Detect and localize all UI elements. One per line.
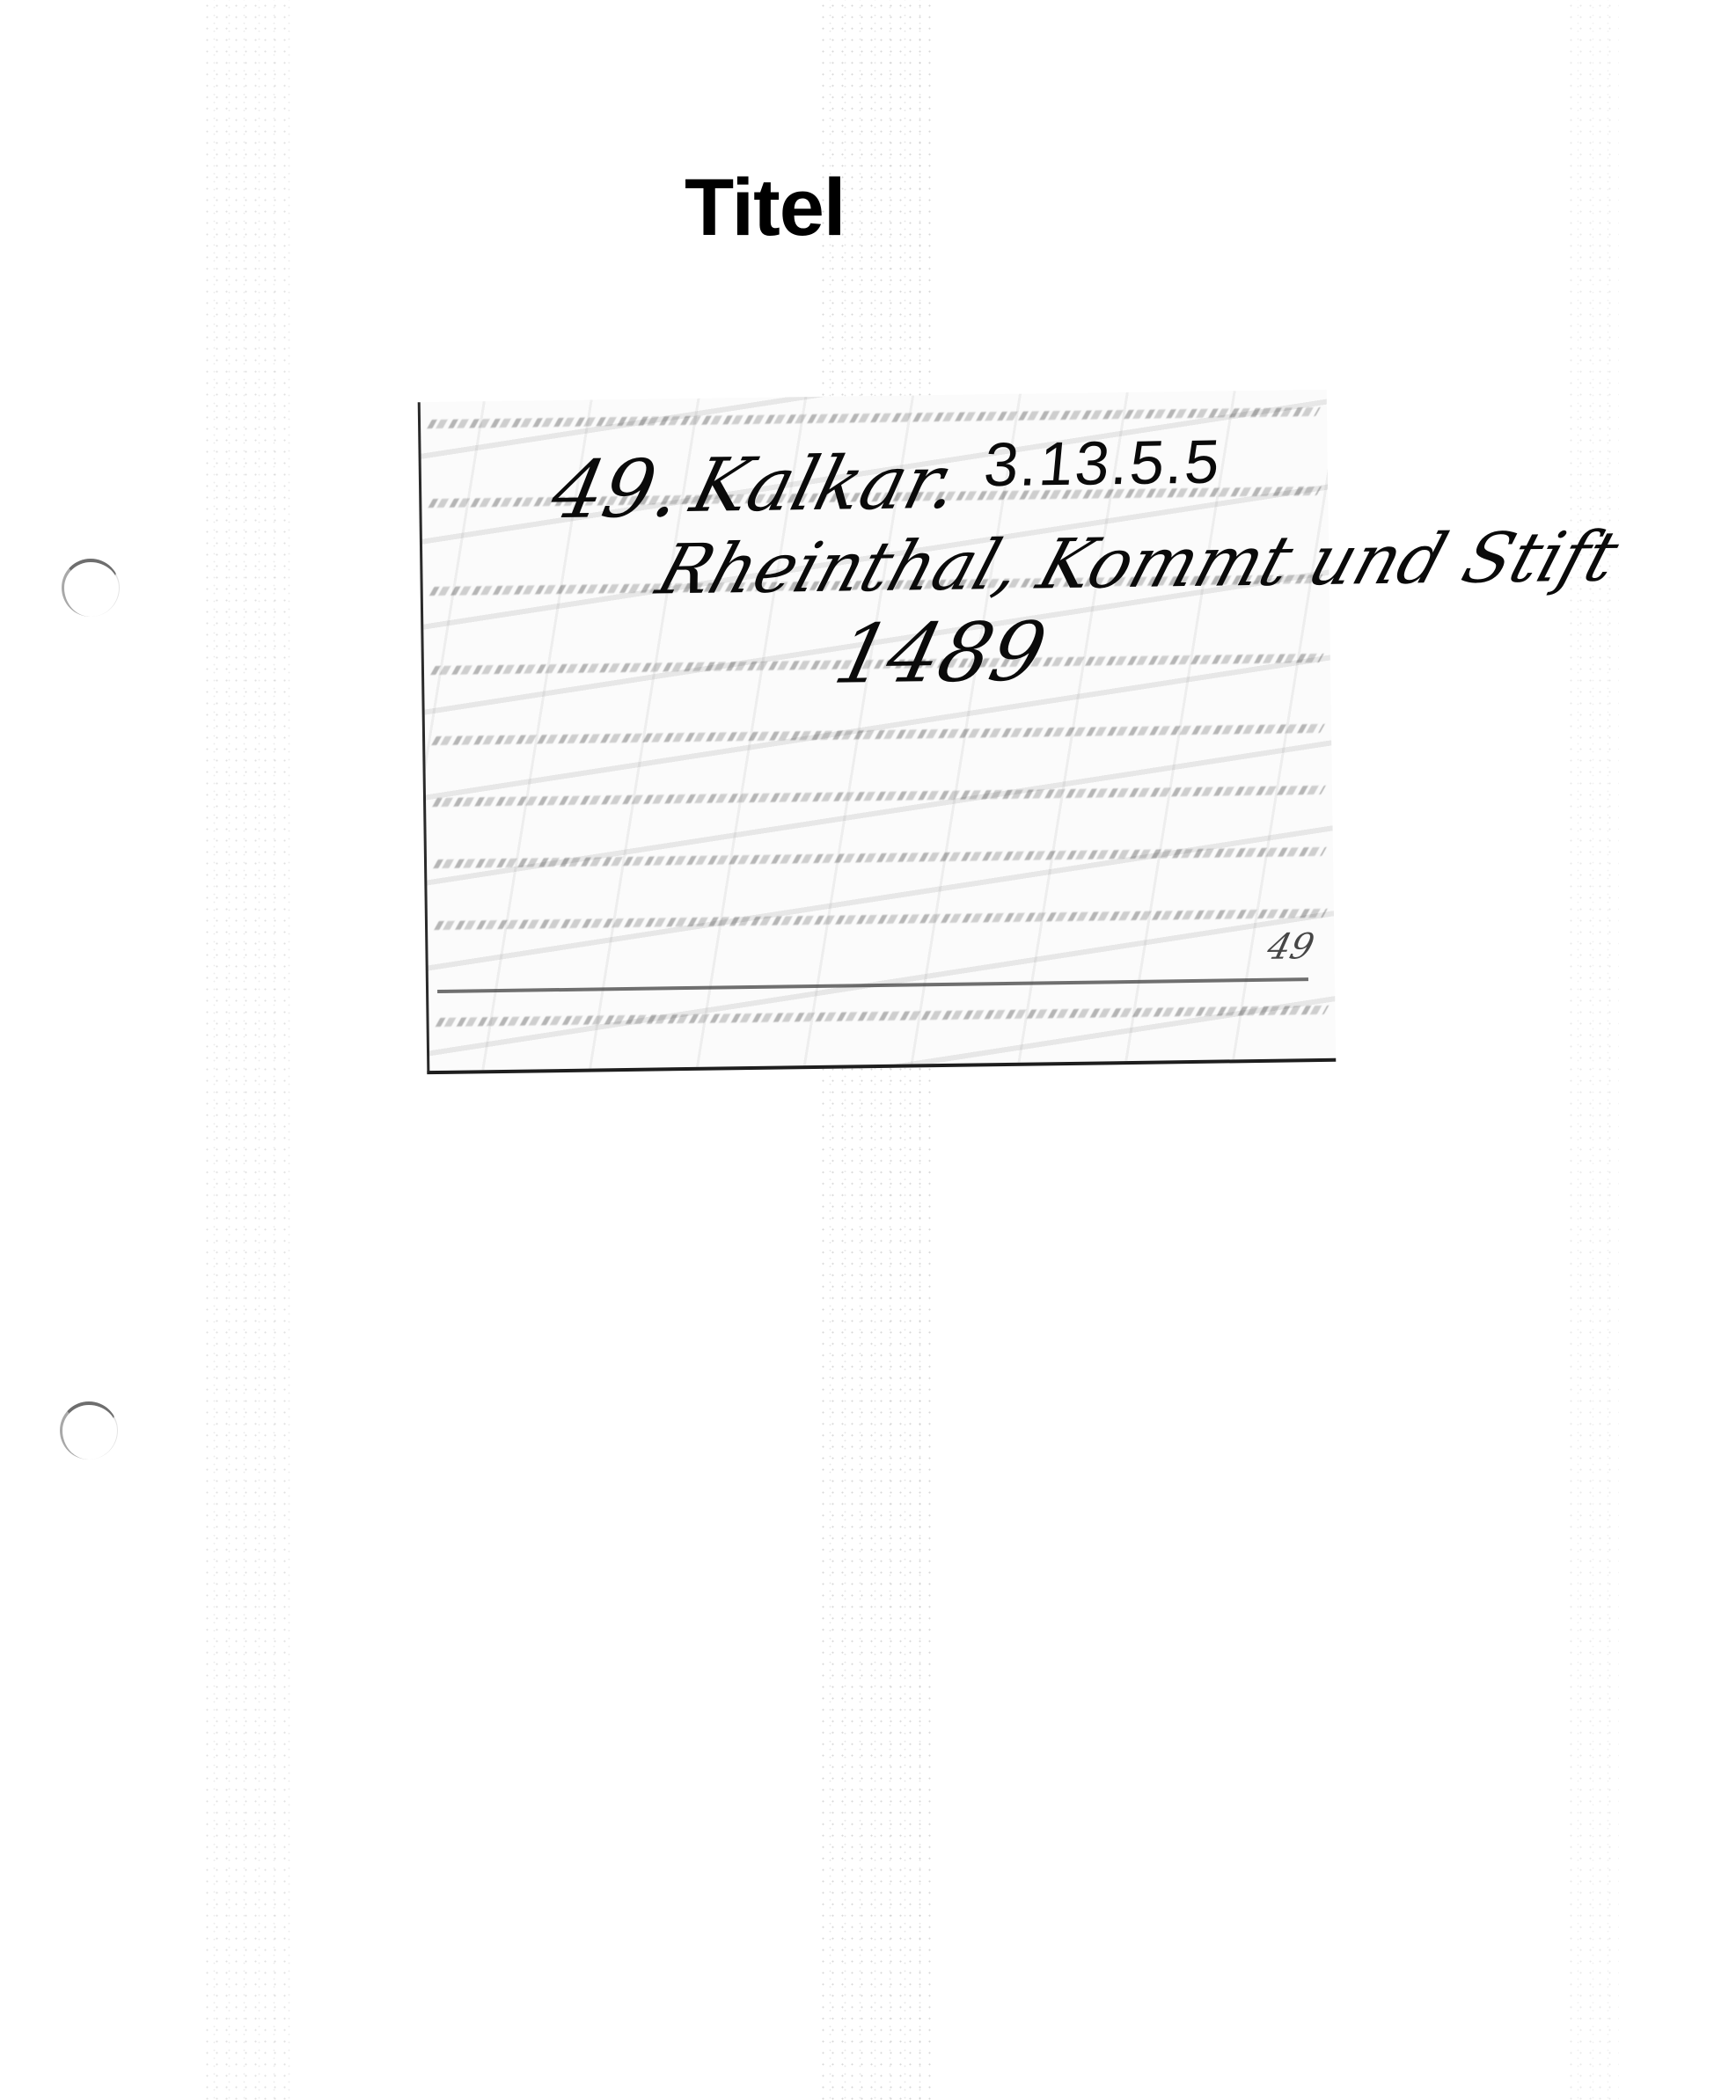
- archival-card-image: 49. Kalkar. 3.13.5.5 Rheinthal, Kommt un…: [418, 390, 1337, 1074]
- scan-noise-band: [202, 0, 290, 2100]
- handwritten-signature-code: 3.13.5.5: [981, 426, 1224, 500]
- faded-text-line: [432, 786, 1326, 807]
- faded-text-line: [436, 1006, 1329, 1027]
- punch-hole-top: [62, 559, 120, 617]
- handwritten-subject: Rheinthal, Kommt und Stift: [648, 517, 1627, 611]
- handwritten-corner-mark: 49: [1264, 926, 1319, 968]
- handwritten-place: Kalkar.: [684, 439, 968, 530]
- faded-text-line: [434, 909, 1328, 930]
- card-rule-line: [437, 977, 1308, 993]
- punch-hole-bottom: [60, 1401, 118, 1460]
- page-title: Titel: [685, 167, 845, 248]
- scan-noise-band: [1566, 0, 1619, 2100]
- faded-text-line: [433, 847, 1327, 868]
- faded-text-line: [431, 724, 1325, 745]
- handwritten-number: 49.: [545, 443, 689, 537]
- faded-text-line: [427, 407, 1321, 428]
- handwritten-year: 1489: [826, 604, 1054, 702]
